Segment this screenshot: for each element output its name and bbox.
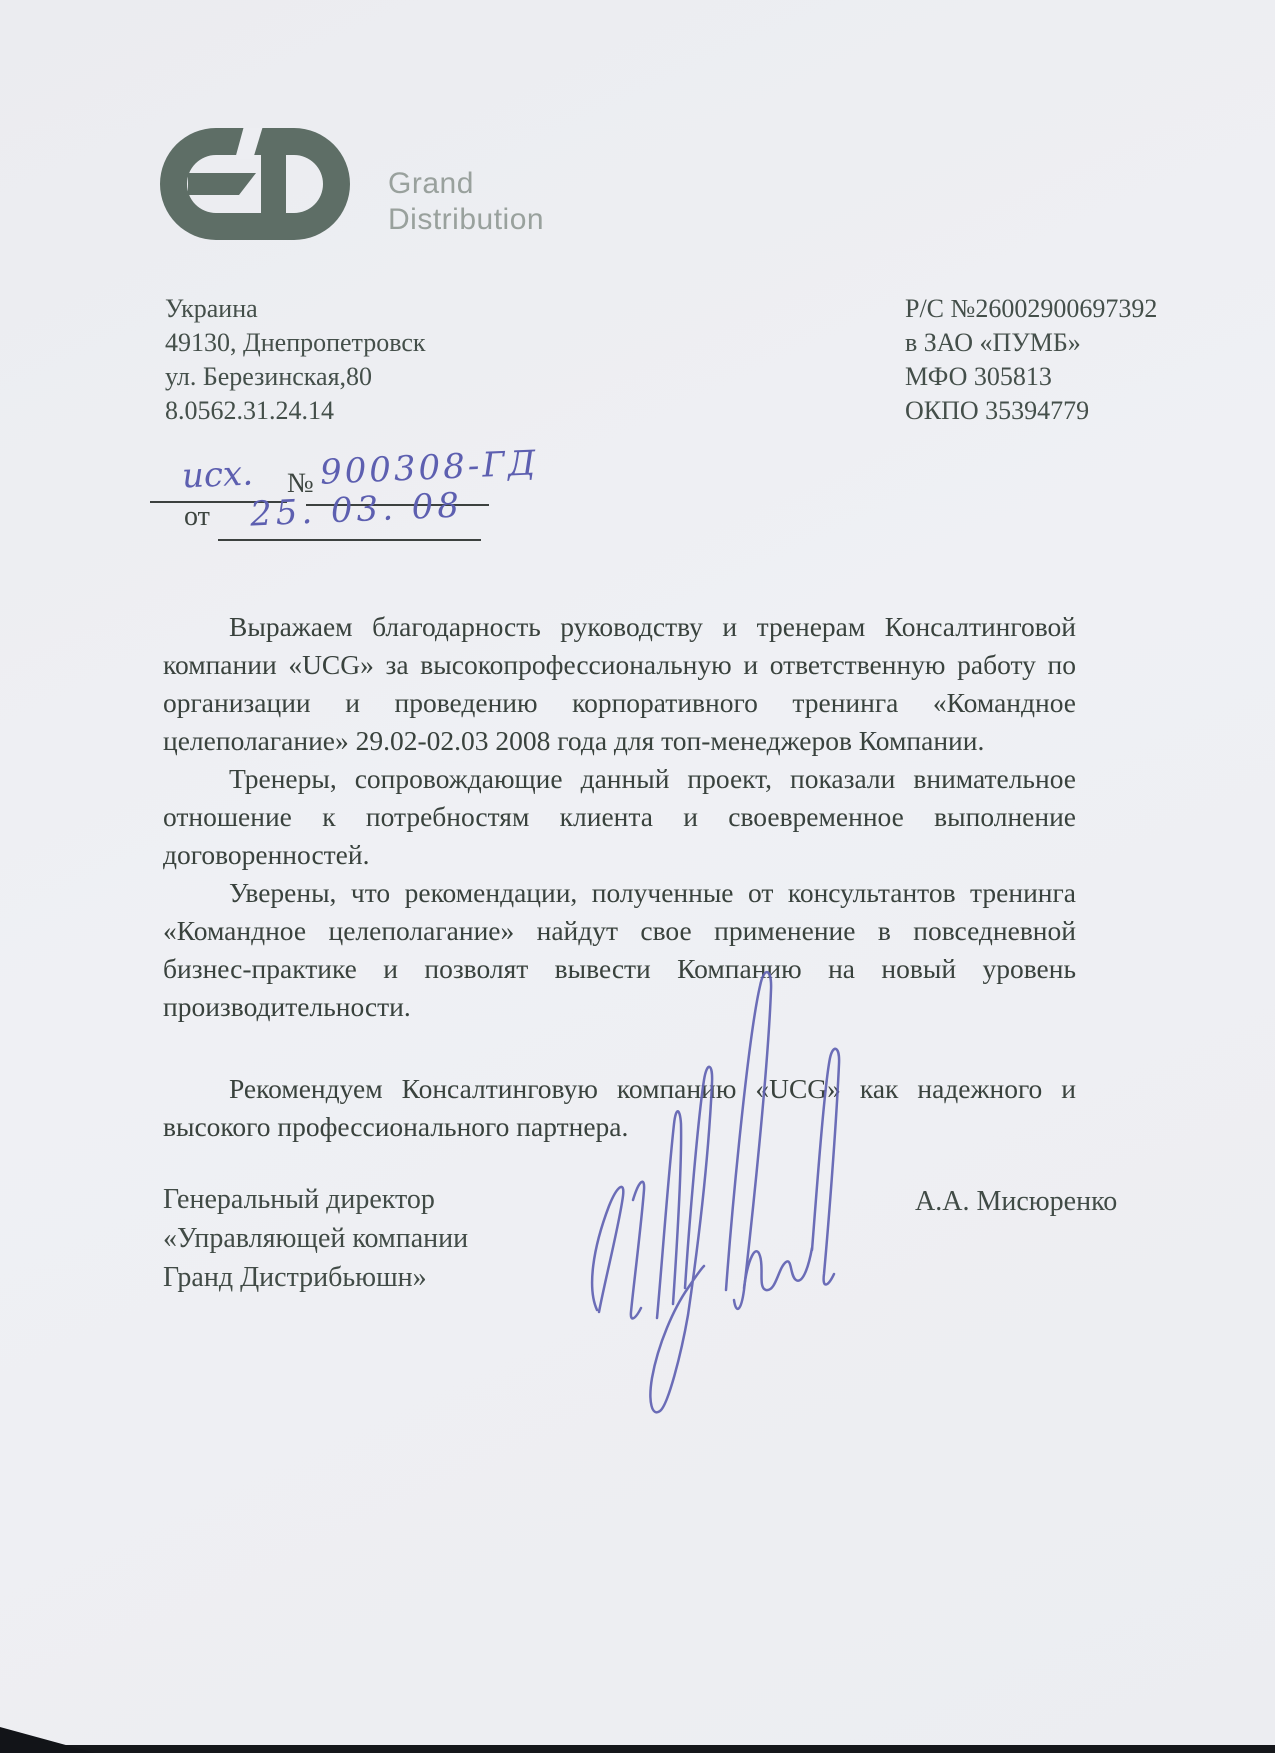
handwritten-signature-ink xyxy=(575,958,855,1433)
paragraph-gratitude: Выражаем благодарность руководству и тре… xyxy=(163,608,1076,760)
date-handwritten: 25. 03. 08 xyxy=(249,485,464,534)
from-label: от xyxy=(184,501,210,533)
reference-underline-3 xyxy=(218,539,481,541)
sender-address-block: Украина 49130, Днепропетровск ул. Берези… xyxy=(165,292,426,428)
signer-name: А.А. Мисюренко xyxy=(915,1186,1117,1218)
sender-country: Украина xyxy=(165,292,426,326)
bank-account: Р/С №26002900697392 xyxy=(905,292,1157,326)
sender-phone: 8.0562.31.24.14 xyxy=(165,394,426,428)
company-logo: Grand Distribution xyxy=(160,128,544,240)
outgoing-number-handwritten: 900308-ГД xyxy=(319,443,539,492)
signer-title-block: Генеральный директор «Управляющей компан… xyxy=(163,1180,468,1297)
sender-city: 49130, Днепропетровск xyxy=(165,326,426,360)
scanned-letter-page: Grand Distribution Украина 49130, Днепро… xyxy=(0,0,1275,1753)
bank-name: в ЗАО «ПУМБ» xyxy=(905,326,1157,360)
paragraph-trainers: Тренеры, сопровождающие данный проект, п… xyxy=(163,760,1076,874)
signer-title-line2: «Управляющей компании xyxy=(163,1219,468,1258)
outgoing-label-handwritten: исх. xyxy=(181,453,254,496)
company-name: Grand Distribution xyxy=(388,166,544,238)
scan-edge-artifact xyxy=(58,1745,1275,1753)
bank-okpo: ОКПО 35394779 xyxy=(905,394,1157,428)
signer-title-line3: Гранд Дистрибьюшн» xyxy=(163,1258,468,1297)
company-name-line2: Distribution xyxy=(388,202,544,238)
company-name-line1: Grand xyxy=(388,166,544,202)
sender-street: ул. Березинская,80 xyxy=(165,360,426,394)
scan-corner-artifact xyxy=(0,1727,95,1753)
bank-details-block: Р/С №26002900697392 в ЗАО «ПУМБ» МФО 305… xyxy=(905,292,1157,428)
bank-mfo: МФО 305813 xyxy=(905,360,1157,394)
signer-title-line1: Генеральный директор xyxy=(163,1180,468,1219)
gd-monogram-icon xyxy=(160,128,350,240)
